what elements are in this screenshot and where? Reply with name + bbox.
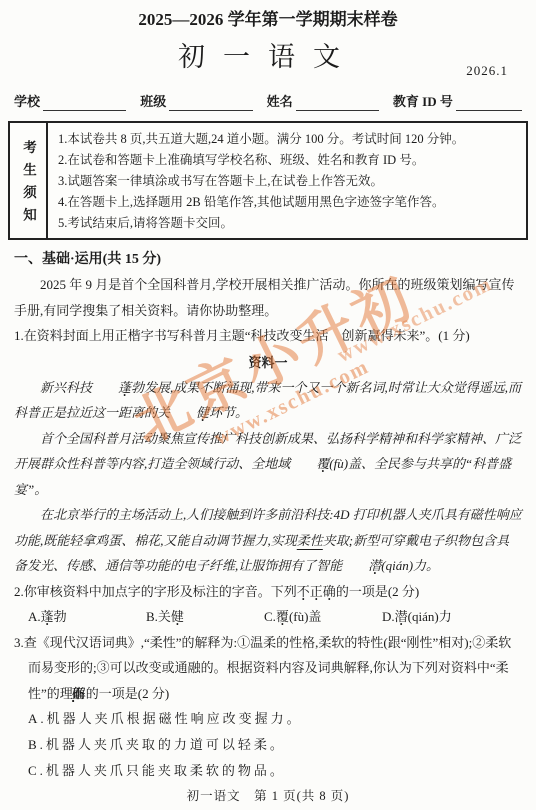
- exam-paper-page: 北京小升初 www.xschu.com www.xschu.com 2025—2…: [0, 0, 536, 810]
- material-1-paragraph-1: 新兴科技蓬勃发展,成果不断涌现,带来一个又一个新名词,时常让大众觉得遥远,而科普…: [14, 375, 522, 426]
- question-2-option-b: B.关健: [146, 604, 264, 630]
- material-1-paragraph-2: 首个全国科普月活动聚焦宣传推广科技创新成果、弘扬科学精神和科学家精神、广泛开展群…: [14, 426, 522, 503]
- subject-title: 初一语文: [178, 42, 358, 72]
- question-2-option-c: C.覆(fù)盖: [264, 604, 382, 630]
- education-id-field-label: 教育 ID 号: [393, 93, 453, 111]
- question-2-option-a: A.蓬勃: [28, 604, 146, 630]
- question-2-option-d: D.潜(qián)力: [382, 604, 522, 630]
- school-field: 学校: [14, 93, 126, 111]
- question-3-option-c: C.机器人夹爪只能夹取柔软的物品。: [14, 758, 522, 784]
- notice-item-5: 5.考试结束后,请将答题卡交回。: [58, 213, 518, 234]
- school-field-label: 学校: [14, 93, 40, 111]
- name-field: 姓名: [267, 93, 379, 111]
- page-footer: 初一语文 第 1 页(共 8 页): [0, 786, 536, 804]
- notice-side-label-cell: 考生须知: [10, 123, 48, 238]
- material-1-title: 资料一: [14, 351, 522, 375]
- notice-side-label: 考生须知: [15, 132, 41, 230]
- notice-item-1: 1.本试卷共 8 页,共五道大题,24 道小题。满分 100 分。考试时间 12…: [58, 129, 518, 150]
- class-field-label: 班级: [140, 93, 166, 111]
- section-1-intro: 2025 年 9 月是首个全国科普月,学校开展相关推广活动。你所在的班级策划编写…: [14, 272, 522, 323]
- name-field-blank: [296, 95, 379, 111]
- page-content: 2025—2026 学年第一学期期末样卷 初一语文 2026.1 学校 班级 姓…: [0, 0, 536, 784]
- material-1-paragraph-3: 在北京举行的主场活动上,人们接触到许多前沿科技:4D 打印机器人夹爪具有磁性响应…: [14, 502, 522, 579]
- examinee-notice-box: 考生须知 1.本试卷共 8 页,共五道大题,24 道小题。满分 100 分。考试…: [8, 121, 528, 240]
- section-1-heading: 一、基础·运用(共 15 分): [14, 248, 522, 272]
- notice-item-2: 2.在试卷和答题卡上准确填写学校名称、班级、姓名和教育 ID 号。: [58, 150, 518, 171]
- class-field: 班级: [140, 93, 252, 111]
- education-id-field-blank: [456, 95, 522, 111]
- subject-title-row: 初一语文 2026.1: [14, 40, 522, 79]
- question-2-stem: 2.你审核资料中加点字的字形及标注的字音。下列不正确的一项是(2 分): [14, 579, 522, 605]
- question-2-options: A.蓬勃 B.关健 C.覆(fù)盖 D.潜(qián)力: [14, 604, 522, 630]
- notice-item-4: 4.在答题卡上,选择题用 2B 铅笔作答,其他试题用黑色字迹签字笔作答。: [58, 192, 518, 213]
- notice-items: 1.本试卷共 8 页,共五道大题,24 道小题。满分 100 分。考试时间 12…: [48, 123, 526, 238]
- question-3-option-b: B.机器人夹爪夹取的力道可以轻柔。: [14, 732, 522, 758]
- school-field-blank: [43, 95, 126, 111]
- question-1: 1.在资料封面上用正楷字书写科普月主题“科技改变生活 创新赢得未来”。(1 分): [14, 323, 522, 349]
- exam-date: 2026.1: [466, 63, 508, 79]
- notice-item-3: 3.试题答案一律填涂或书写在答题卡上,在试卷上作答无效。: [58, 171, 518, 192]
- question-3-stem: 3.查《现代汉语词典》,“柔性”的解释为:①温柔的性格,柔软的特性(跟“刚性”相…: [14, 630, 522, 707]
- exam-session-title: 2025—2026 学年第一学期期末样卷: [14, 8, 522, 32]
- name-field-label: 姓名: [267, 93, 293, 111]
- class-field-blank: [169, 95, 252, 111]
- student-info-fields: 学校 班级 姓名 教育 ID 号: [14, 93, 522, 111]
- education-id-field: 教育 ID 号: [393, 93, 522, 111]
- question-3-option-a: A.机器人夹爪根据磁性响应改变握力。: [14, 706, 522, 732]
